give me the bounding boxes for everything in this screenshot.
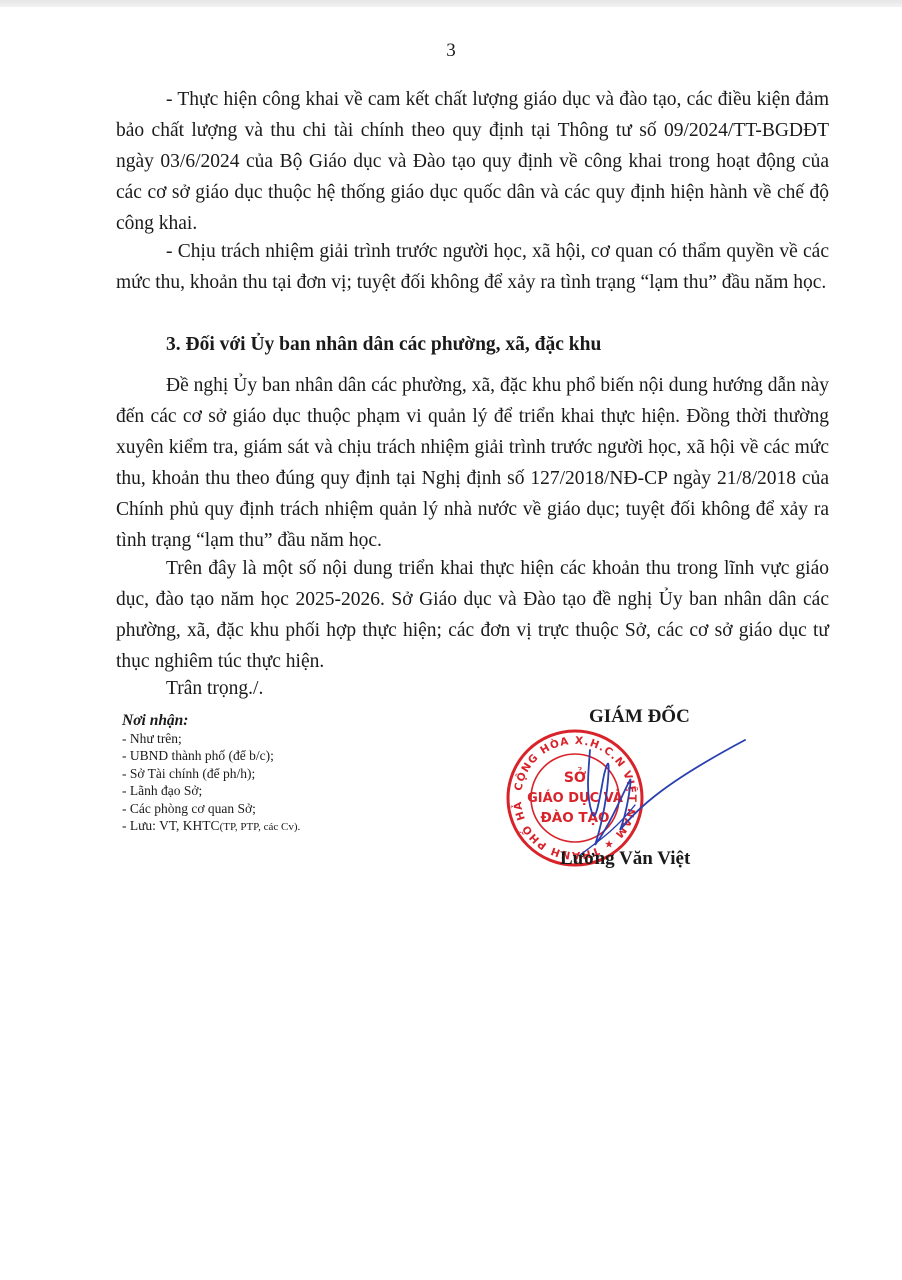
paragraph-text: - Thực hiện công khai về cam kết chất lư… — [116, 84, 829, 239]
paragraph-public-disclosure: - Thực hiện công khai về cam kết chất lư… — [116, 84, 829, 239]
recipient-item: - UBND thành phố (để b/c); — [122, 747, 300, 765]
recipient-item: - Như trên; — [122, 730, 300, 748]
archive-main: - Lưu: VT, KHTC — [122, 818, 220, 833]
signer-title: GIÁM ĐỐC — [589, 706, 690, 728]
signer-name: Lương Văn Việt — [560, 848, 690, 870]
recipients-block: Nơi nhận: - Như trên; - UBND thành phố (… — [122, 712, 300, 837]
section-heading: 3. Đối với Ủy ban nhân dân các phường, x… — [166, 334, 601, 356]
signature-icon — [560, 735, 750, 865]
archive-detail: (TP, PTP, các Cv). — [220, 821, 301, 833]
recipients-label: Nơi nhận: — [122, 712, 300, 730]
recipient-item-archive: - Lưu: VT, KHTC(TP, PTP, các Cv). — [122, 817, 300, 837]
closing-salutation: Trân trọng./. — [166, 678, 263, 700]
paragraph-summary: Trên đây là một số nội dung triển khai t… — [116, 553, 829, 677]
viewer-top-bar — [0, 0, 902, 7]
recipient-item: - Sở Tài chính (để ph/h); — [122, 765, 300, 783]
paragraph-text: Đề nghị Ủy ban nhân dân các phường, xã, … — [116, 370, 829, 556]
paragraph-text: Trên đây là một số nội dung triển khai t… — [116, 553, 829, 677]
paragraph-people-committee: Đề nghị Ủy ban nhân dân các phường, xã, … — [116, 370, 829, 556]
recipient-item: - Lãnh đạo Sở; — [122, 782, 300, 800]
page-number: 3 — [0, 40, 902, 62]
paragraph-text: - Chịu trách nhiệm giải trình trước ngườ… — [116, 236, 829, 298]
recipient-item: - Các phòng cơ quan Sở; — [122, 800, 300, 818]
paragraph-accountability: - Chịu trách nhiệm giải trình trước ngườ… — [116, 236, 829, 298]
